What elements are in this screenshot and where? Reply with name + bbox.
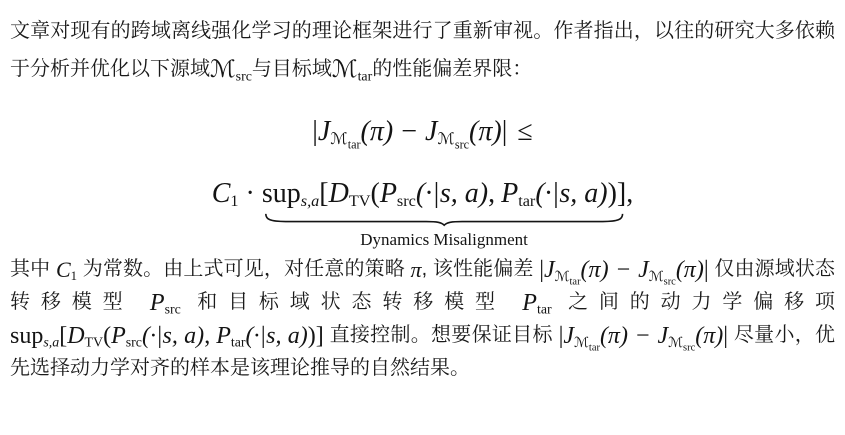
intro-text-2: 与目标域 — [252, 58, 332, 80]
formula-line-1: |Jℳtar(π)−Jℳsrc(π)|≤ — [10, 112, 835, 153]
math-m-src: ℳsrc — [210, 57, 252, 83]
cdot-operator: · — [246, 178, 255, 209]
sup-dtv-expression: sups,a[DTV(Psrc(·|s, a),Ptar(·|s, a))] — [262, 178, 626, 209]
paragraph-intro: 文章对现有的跨域离线强化学习的理论框架进行了重新审视。作者指出，以往的研究大多依… — [10, 12, 835, 88]
analysis-text-7: 直接控制。想要保证目标 — [324, 324, 559, 346]
display-formula: |Jℳtar(π)−Jℳsrc(π)|≤ C1·sups,a[DTV(Psrc(… — [10, 112, 835, 214]
math-pi: π — [411, 257, 422, 282]
performance-gap-expression: |Jℳtar(π)−Jℳsrc(π)| — [539, 257, 708, 283]
math-p-tar: Ptar — [522, 290, 551, 316]
analysis-text-2: 为常数。由上式可见，对任意的策略 — [77, 258, 411, 280]
trailing-comma: , — [626, 178, 633, 209]
analysis-text-3: , 该性能偏差 — [422, 258, 540, 280]
underbrace-icon — [264, 213, 624, 226]
analysis-text-6: 之间的动力学偏移项 — [552, 291, 835, 313]
sup-dtv-expression: sups,a[DTV(Psrc(·|s, a),Ptar(·|s, a))] — [10, 323, 324, 349]
math-c1: C1 — [56, 257, 77, 282]
paragraph-analysis: 其中 C1 为常数。由上式可见，对任意的策略 π, 该性能偏差 |Jℳtar(π… — [10, 253, 835, 385]
article: 文章对现有的跨域离线强化学习的理论框架进行了重新审视。作者指出，以往的研究大多依… — [0, 0, 845, 385]
performance-gap-expression: |Jℳtar(π)−Jℳsrc(π)|≤ — [312, 116, 532, 147]
constant-c1: C1 — [212, 178, 239, 209]
analysis-text-1: 其中 — [10, 258, 56, 280]
performance-gap-expression: |Jℳtar(π)−Jℳsrc(π)| — [559, 323, 728, 349]
analysis-text-5: 和目标域状态转移模型 — [181, 291, 523, 313]
math-p-src: Psrc — [150, 290, 181, 316]
intro-text-3: 的性能偏差界限： — [372, 58, 532, 80]
underbraced-term: sups,a[DTV(Psrc(·|s, a),Ptar(·|s, a))]Dy… — [262, 174, 626, 215]
math-m-tar: ℳtar — [332, 57, 372, 83]
underbrace-label: Dynamics Misalignment — [360, 228, 528, 253]
formula-line-2: C1·sups,a[DTV(Psrc(·|s, a),Ptar(·|s, a))… — [10, 174, 835, 215]
